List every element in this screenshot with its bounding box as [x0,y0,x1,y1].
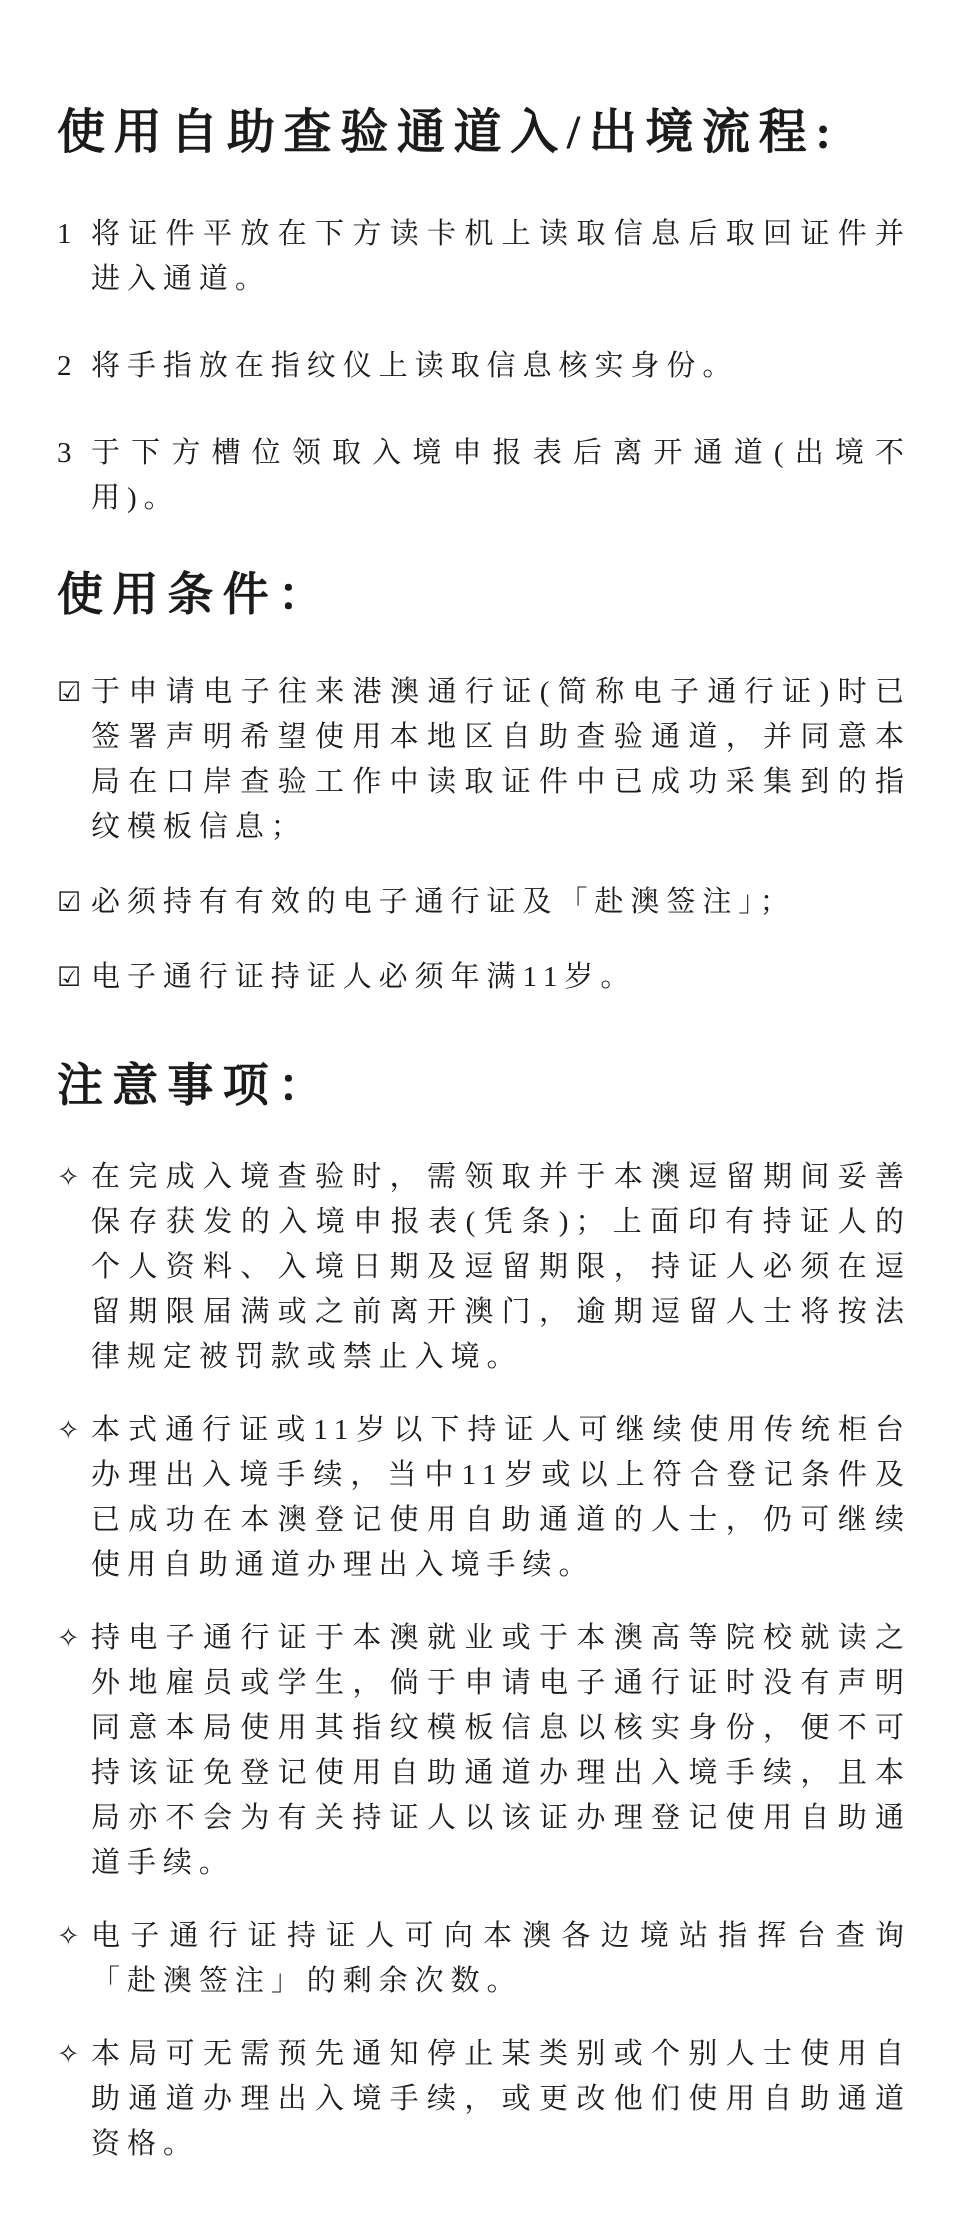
note-item-1: ✧ 在完成入境查验时，需领取并于本澳逗留期间妥善保存获发的入境申报表(凭条)；上… [57,1155,911,1380]
process-step-3: 3 于下方槽位领取入境申报表后离开通道(出境不用)。 [57,431,911,521]
condition-item-2: ☑ 必须持有有效的电子通行证及「赴澳签注」； [57,880,911,925]
checked-checkbox-icon: ☑ [57,955,91,1000]
process-step-2: 2 将手指放在指纹仪上读取信息核实身份。 [57,344,911,389]
condition-text: 电子通行证持证人必须年满11岁。 [91,955,911,1000]
note-text: 电子通行证持证人可向本澳各边境站指挥台查询「赴澳签注」的剩余次数。 [91,1914,911,2004]
note-item-2: ✧ 本式通行证或11岁以下持证人可继续使用传统柜台办理出入境手续，当中11岁或以… [57,1408,911,1588]
note-text: 本式通行证或11岁以下持证人可继续使用传统柜台办理出入境手续，当中11岁或以上符… [91,1408,911,1588]
diamond-bullet-icon: ✧ [57,1408,91,1453]
conditions-checklist: ☑ 于申请电子往来港澳通行证(简称电子通行证)时已签署声明希望使用本地区自助查验… [57,670,911,1000]
condition-text: 于申请电子往来港澳通行证(简称电子通行证)时已签署声明希望使用本地区自助查验通道… [91,670,911,850]
notes-list: ✧ 在完成入境查验时，需领取并于本澳逗留期间妥善保存获发的入境申报表(凭条)；上… [57,1155,911,2167]
section-heading-conditions: 使用条件： [57,567,911,622]
diamond-bullet-icon: ✧ [57,1155,91,1200]
step-text: 将证件平放在下方读卡机上读取信息后取回证件并进入通道。 [91,212,911,302]
section-heading-notes: 注意事项： [57,1058,911,1113]
note-item-3: ✧ 持电子通行证于本澳就业或于本澳高等院校就读之外地雇员或学生，倘于申请电子通行… [57,1616,911,1886]
note-item-5: ✧ 本局可无需预先通知停止某类别或个别人士使用自助通道办理出入境手续，或更改他们… [57,2032,911,2167]
step-number: 2 [57,344,91,389]
diamond-bullet-icon: ✧ [57,1616,91,1661]
checked-checkbox-icon: ☑ [57,880,91,925]
step-number: 1 [57,212,91,257]
condition-item-3: ☑ 电子通行证持证人必须年满11岁。 [57,955,911,1000]
diamond-bullet-icon: ✧ [57,2032,91,2077]
note-text: 持电子通行证于本澳就业或于本澳高等院校就读之外地雇员或学生，倘于申请电子通行证时… [91,1616,911,1886]
process-step-1: 1 将证件平放在下方读卡机上读取信息后取回证件并进入通道。 [57,212,911,302]
process-steps-list: 1 将证件平放在下方读卡机上读取信息后取回证件并进入通道。 2 将手指放在指纹仪… [57,212,911,521]
document-page: 使用自助查验通道入/出境流程: 1 将证件平放在下方读卡机上读取信息后取回证件并… [0,0,967,2237]
condition-item-1: ☑ 于申请电子往来港澳通行证(简称电子通行证)时已签署声明希望使用本地区自助查验… [57,670,911,850]
step-text: 于下方槽位领取入境申报表后离开通道(出境不用)。 [91,431,911,521]
step-number: 3 [57,431,91,476]
note-text: 本局可无需预先通知停止某类别或个别人士使用自助通道办理出入境手续，或更改他们使用… [91,2032,911,2167]
checked-checkbox-icon: ☑ [57,670,91,715]
condition-text: 必须持有有效的电子通行证及「赴澳签注」； [91,880,911,925]
diamond-bullet-icon: ✧ [57,1914,91,1959]
step-text: 将手指放在指纹仪上读取信息核实身份。 [91,344,911,389]
note-item-4: ✧ 电子通行证持证人可向本澳各边境站指挥台查询「赴澳签注」的剩余次数。 [57,1914,911,2004]
page-title: 使用自助查验通道入/出境流程: [57,104,911,162]
note-text: 在完成入境查验时，需领取并于本澳逗留期间妥善保存获发的入境申报表(凭条)；上面印… [91,1155,911,1380]
